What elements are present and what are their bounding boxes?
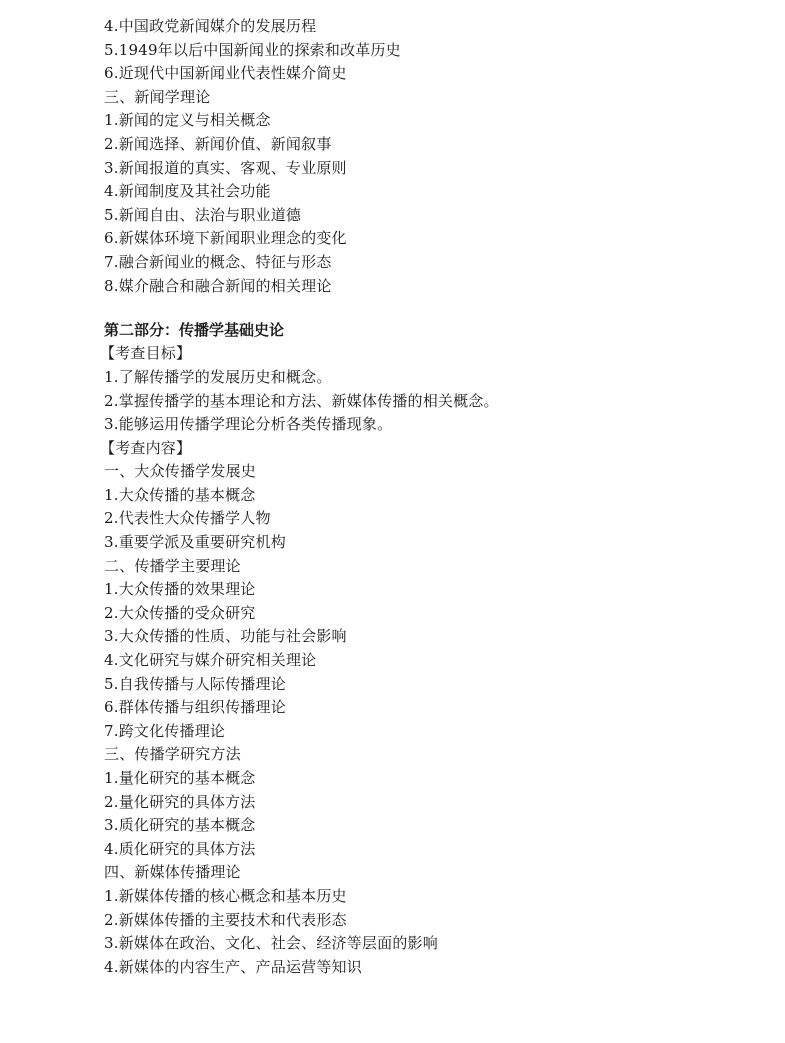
list-item: 7.融合新闻业的概念、特征与形态: [104, 251, 744, 275]
list-item: 3.大众传播的性质、功能与社会影响: [104, 625, 744, 649]
section-title: 四、新媒体传播理论: [104, 861, 744, 885]
list-item: 3.质化研究的基本概念: [104, 814, 744, 838]
list-item: 5.自我传播与人际传播理论: [104, 673, 744, 697]
list-item: 2.新媒体传播的主要技术和代表形态: [104, 909, 744, 933]
list-item: 3.新媒体在政治、文化、社会、经济等层面的影响: [104, 932, 744, 956]
list-item: 4.中国政党新闻媒介的发展历程: [104, 15, 744, 39]
list-item: 2.量化研究的具体方法: [104, 791, 744, 815]
section-title: 三、传播学研究方法: [104, 743, 744, 767]
list-item: 5.1949年以后中国新闻业的探索和改革历史: [104, 39, 744, 63]
list-item: 2.代表性大众传播学人物: [104, 507, 744, 531]
document-page: 4.中国政党新闻媒介的发展历程 5.1949年以后中国新闻业的探索和改革历史 6…: [104, 15, 744, 979]
list-item: 1.大众传播的基本概念: [104, 484, 744, 508]
list-item: 6.近现代中国新闻业代表性媒介简史: [104, 62, 744, 86]
list-item: 6.群体传播与组织传播理论: [104, 696, 744, 720]
list-item: 8.媒介融合和融合新闻的相关理论: [104, 275, 744, 299]
section-title: 三、新闻学理论: [104, 86, 744, 110]
list-item: 4.新闻制度及其社会功能: [104, 180, 744, 204]
list-item: 6.新媒体环境下新闻职业理念的变化: [104, 227, 744, 251]
section-title: 二、传播学主要理论: [104, 555, 744, 579]
spacer: [104, 298, 744, 319]
list-item: 2.新闻选择、新闻价值、新闻叙事: [104, 133, 744, 157]
list-item: 4.文化研究与媒介研究相关理论: [104, 649, 744, 673]
list-item: 5.新闻自由、法治与职业道德: [104, 204, 744, 228]
list-item: 2.大众传播的受众研究: [104, 602, 744, 626]
objective-item: 2.掌握传播学的基本理论和方法、新媒体传播的相关概念。: [104, 390, 744, 414]
list-item: 4.质化研究的具体方法: [104, 838, 744, 862]
objective-item: 1.了解传播学的发展历史和概念。: [104, 366, 744, 390]
list-item: 1.大众传播的效果理论: [104, 578, 744, 602]
section-title: 一、大众传播学发展史: [104, 460, 744, 484]
list-item: 1.量化研究的基本概念: [104, 767, 744, 791]
part-heading: 第二部分：传播学基础史论: [104, 319, 744, 343]
content-label: 【考查内容】: [100, 437, 744, 461]
list-item: 7.跨文化传播理论: [104, 720, 744, 744]
list-item: 3.重要学派及重要研究机构: [104, 531, 744, 555]
objectives-label: 【考查目标】: [100, 342, 744, 366]
list-item: 4.新媒体的内容生产、产品运营等知识: [104, 956, 744, 980]
list-item: 3.新闻报道的真实、客观、专业原则: [104, 157, 744, 181]
list-item: 1.新媒体传播的核心概念和基本历史: [104, 885, 744, 909]
objective-item: 3.能够运用传播学理论分析各类传播现象。: [104, 413, 744, 437]
list-item: 1.新闻的定义与相关概念: [104, 109, 744, 133]
